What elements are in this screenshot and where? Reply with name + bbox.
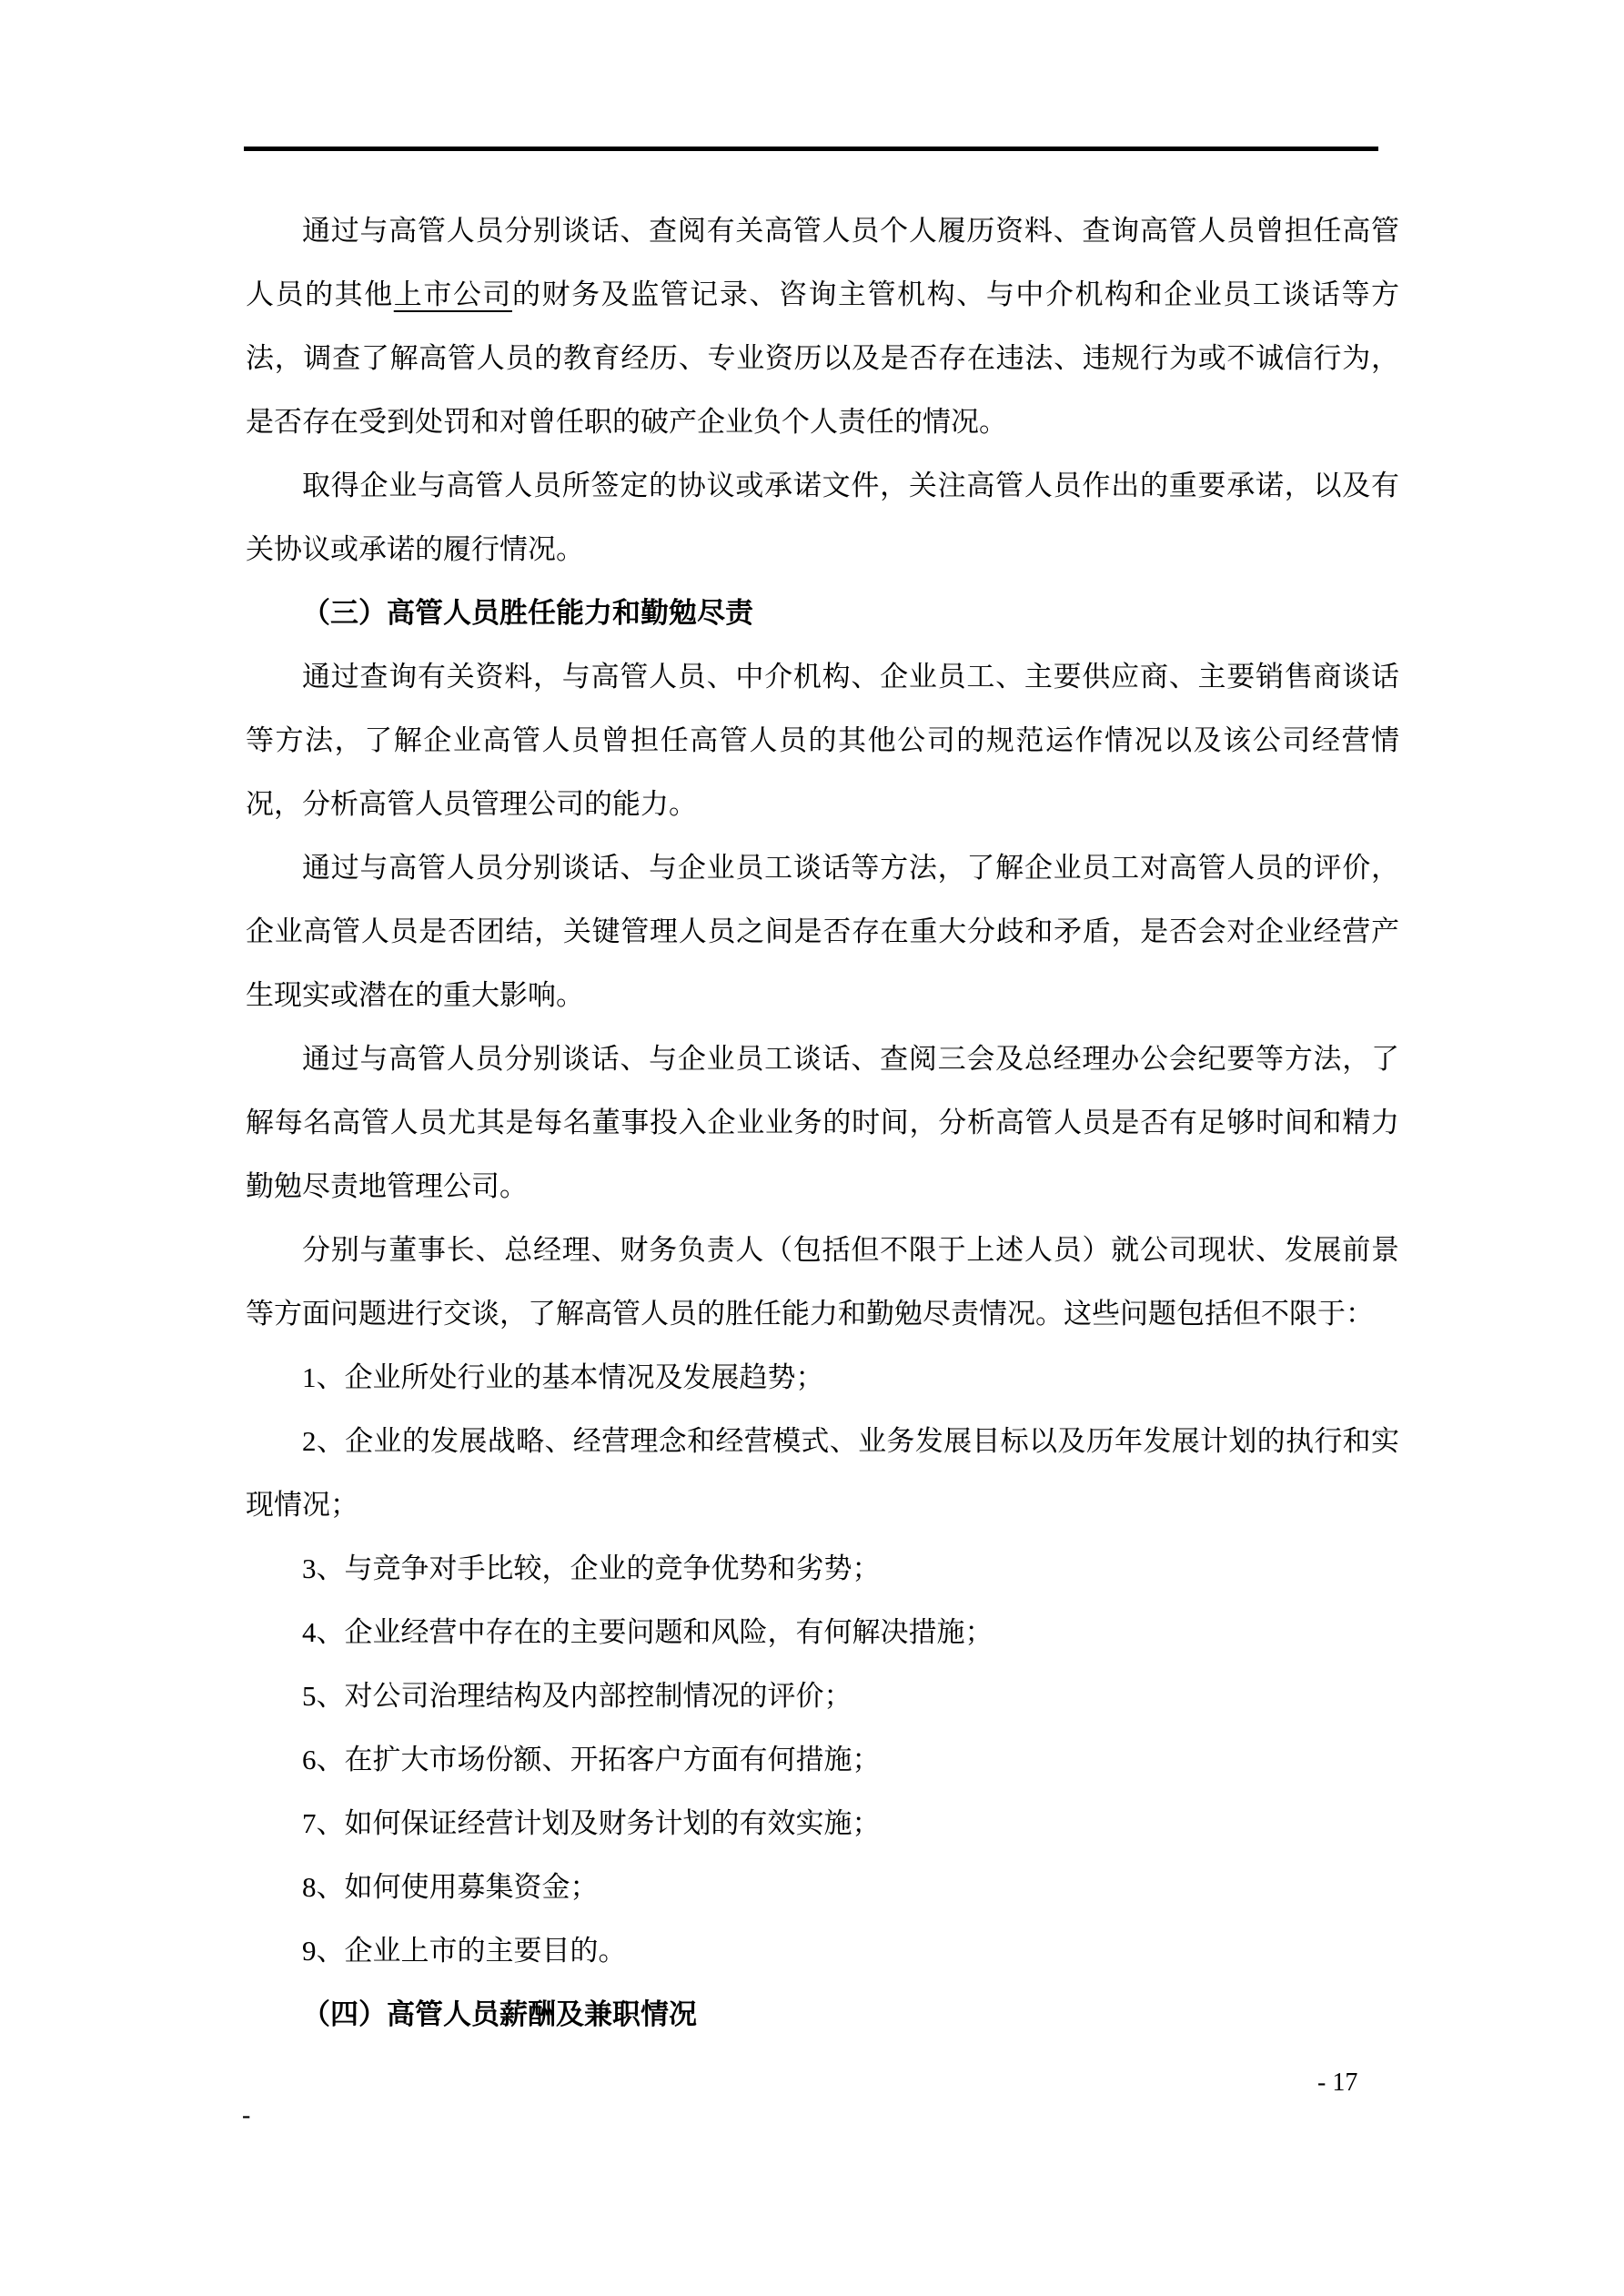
- list-item: 7、如何保证经营计划及财务计划的有效实施；: [246, 1792, 1399, 1856]
- paragraph-executive-talks: 分别与董事长、总经理、财务负责人（包括但不限于上述人员）就公司现状、发展前景等方…: [246, 1219, 1399, 1346]
- paragraph-interview-records: 通过与高管人员分别谈话、查阅有关高管人员个人履历资料、查询高管人员曾担任高管人员…: [246, 199, 1399, 454]
- list-item: 6、在扩大市场份额、开拓客户方面有何措施；: [246, 1728, 1399, 1792]
- paragraph-time-commitment: 通过与高管人员分别谈话、与企业员工谈话、查阅三会及总经理办公会纪要等方法，了解每…: [246, 1027, 1399, 1219]
- paragraph-agreements-commitments: 取得企业与高管人员所签定的协议或承诺文件，关注高管人员作出的重要承诺，以及有关协…: [246, 454, 1399, 582]
- document-page: 通过与高管人员分别谈话、查阅有关高管人员个人履历资料、查询高管人员曾担任高管人员…: [0, 0, 1624, 2296]
- list-item: 3、与竞争对手比较，企业的竞争优势和劣势；: [246, 1537, 1399, 1601]
- header-rule: [244, 147, 1378, 151]
- page-number: - 17: [1317, 2068, 1357, 2099]
- list-item: 1、企业所处行业的基本情况及发展趋势；: [246, 1346, 1399, 1410]
- section-heading-4: （四）高管人员薪酬及兼职情况: [246, 1983, 1399, 2047]
- list-item: 9、企业上市的主要目的。: [246, 1919, 1399, 1983]
- document-body: 通过与高管人员分别谈话、查阅有关高管人员个人履历资料、查询高管人员曾担任高管人员…: [246, 199, 1399, 2047]
- section-heading-3: （三）高管人员胜任能力和勤勉尽责: [246, 582, 1399, 645]
- footer-dash-mark: -: [242, 2100, 250, 2131]
- paragraph-employee-evaluation: 通过与高管人员分别谈话、与企业员工谈话等方法，了解企业员工对高管人员的评价，企业…: [246, 836, 1399, 1027]
- list-item: 5、对公司治理结构及内部控制情况的评价；: [246, 1664, 1399, 1728]
- list-item: 8、如何使用募集资金；: [246, 1856, 1399, 1919]
- paragraph-inquiry-methods: 通过查询有关资料，与高管人员、中介机构、企业员工、主要供应商、主要销售商谈话等方…: [246, 645, 1399, 836]
- underlined-listed-company-text: 上市公司: [394, 278, 512, 310]
- list-item: 2、企业的发展战略、经营理念和经营模式、业务发展目标以及历年发展计划的执行和实现…: [246, 1410, 1399, 1537]
- list-item: 4、企业经营中存在的主要问题和风险，有何解决措施；: [246, 1601, 1399, 1664]
